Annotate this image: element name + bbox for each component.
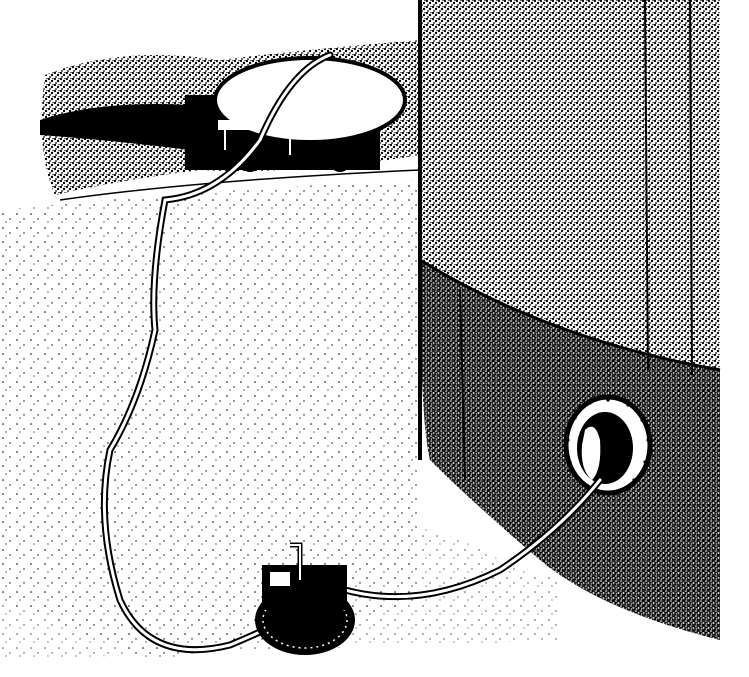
manway-flange [566,397,650,493]
illustration [0,0,749,677]
